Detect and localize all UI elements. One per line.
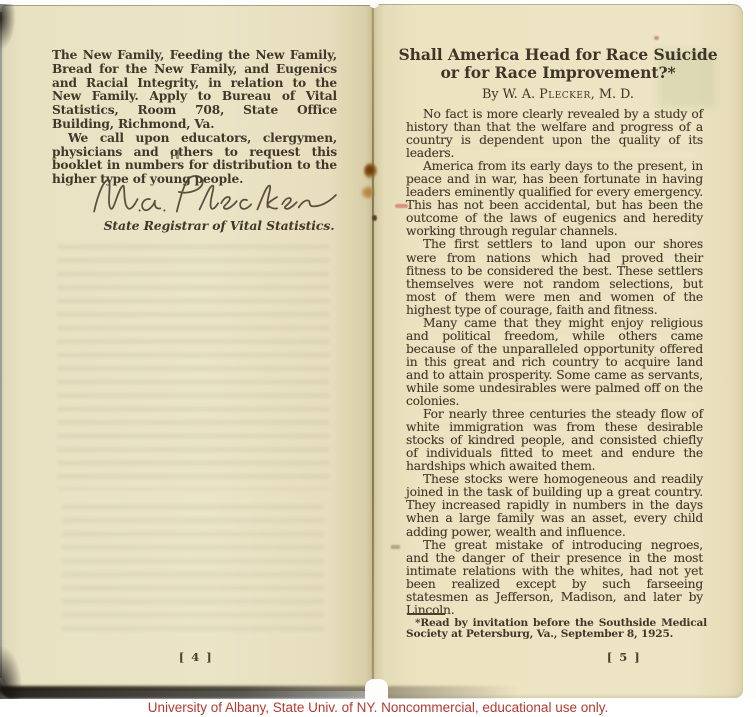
- center-fold-line: [372, 6, 374, 688]
- pink-mark-stain: [395, 204, 408, 208]
- article-paragraph: The great mistake of introducing negroes…: [406, 539, 703, 617]
- signature-handwriting: [90, 169, 338, 223]
- rust-stain: [360, 186, 376, 199]
- left-page-text-block: The New Family, Feeding the New Family, …: [52, 49, 337, 187]
- article-body: No fact is more clearly revealed by a st…: [406, 108, 703, 617]
- article-paragraph: These stocks were homogeneous and readil…: [406, 473, 703, 538]
- article-title-line1: Shall America Head for Race Suicide: [398, 45, 717, 64]
- article-byline: By W. A. Plecker, M. D.: [391, 87, 725, 102]
- right-page: Shall America Head for Race Suicide or f…: [373, 4, 743, 698]
- byline-prefix: By W. A.: [482, 87, 539, 102]
- corner-shadow-top-left: [0, 4, 16, 50]
- article-paragraph: America from its early days to the prese…: [406, 160, 703, 238]
- photo-left-edge-shadow: [0, 12, 2, 678]
- ink-dot-stain: [372, 215, 377, 221]
- article-title-line2: or for Race Improvement?*: [440, 63, 675, 82]
- stray-print-mark: [176, 150, 179, 159]
- booklet-list-paragraph: The New Family, Feeding the New Family, …: [52, 49, 337, 132]
- page-number-left: [ 4 ]: [161, 650, 231, 664]
- footnote-text: *Read by invitation before the Southside…: [406, 618, 707, 641]
- fold-notch-bottom: [365, 679, 388, 700]
- article-paragraph: The first settlers to land upon our shor…: [406, 238, 703, 316]
- booklet-photo: The New Family, Feeding the New Family, …: [0, 0, 756, 700]
- article-footnote: *Read by invitation before the Southside…: [406, 613, 707, 641]
- byline-suffix: , M. D.: [591, 87, 634, 102]
- article-paragraph: For nearly three centuries the steady fl…: [406, 408, 703, 473]
- signature-title: State Registrar of Vital Statistics.: [95, 218, 343, 233]
- pencil-smudge: [391, 545, 400, 549]
- byline-author-name: Plecker: [539, 87, 591, 102]
- footnote-rule: [407, 613, 445, 615]
- article-paragraph: Many came that they might enjoy religiou…: [406, 317, 703, 408]
- article-paragraph: No fact is more clearly revealed by a st…: [406, 108, 703, 160]
- red-speck-stain: [654, 36, 659, 40]
- stray-print-mark: [171, 152, 173, 159]
- page-number-right: [ 5 ]: [589, 650, 659, 664]
- bottom-edge-shadow: [0, 686, 540, 699]
- article-title: Shall America Head for Race Suicide or f…: [391, 46, 725, 81]
- left-page: The New Family, Feeding the New Family, …: [2, 5, 373, 691]
- rust-stain: [364, 163, 377, 179]
- showthrough-text-left-lower: [62, 505, 324, 635]
- archive-caption: University of Albany, State Univ. of NY.…: [0, 699, 756, 717]
- showthrough-text-left-upper: [57, 245, 329, 490]
